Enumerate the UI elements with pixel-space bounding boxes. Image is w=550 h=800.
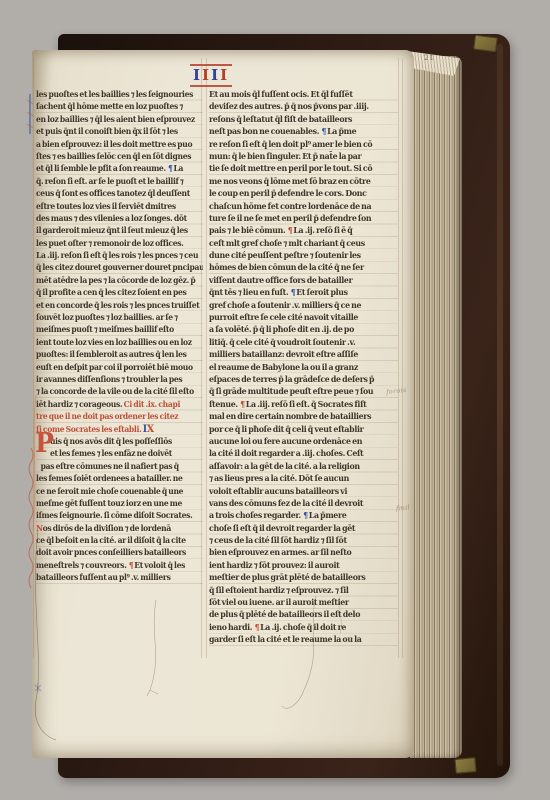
text-line: pas eſtre cōmunes ne il nafiert pas q̄ bbox=[36, 460, 191, 472]
text-line: les puet oſter ⁊ remonoir de loz offices… bbox=[36, 237, 191, 249]
text-line: por ce q̄ li pħoſe dit q̄ celi q̄ veut e… bbox=[209, 423, 390, 435]
text-line: ture ſe il ne ſe met en peril p̄ defendr… bbox=[209, 212, 390, 224]
text-line: ſouvēt loz puoſtes ⁊ loz baillies. ar ſe… bbox=[36, 311, 191, 323]
text-line: q̄ les citez douret gouverner douret pnc… bbox=[36, 261, 191, 273]
text-line: a trois choſes regarder. ¶La p̄mere bbox=[209, 509, 390, 521]
text-line: batailleors fuſſent au pl⁹ .v. milliers bbox=[36, 571, 191, 583]
text-line: tie ſe doit mettre en peril por le tout.… bbox=[209, 162, 390, 174]
text-line: q̄ ſi grāde multitude peuſt eſtre peue ⁊… bbox=[209, 385, 390, 397]
text-line: ient toute loz vies en loz baillies ou e… bbox=[36, 336, 191, 348]
text-line: purroit eſtre ſe cele cité navoit vitail… bbox=[209, 311, 390, 323]
text-line: vans des cōmuns fez de la cité il devroi… bbox=[209, 497, 390, 509]
text-line: chaſcun hōme fet contre lordenāce de na bbox=[209, 200, 390, 212]
text-line: Puis q̄ nos avōs dit q̄ les poſſeſſiōs bbox=[36, 435, 191, 447]
text-line: Et au mois q̄l fuſſent ocis. Et q̄l fuſſ… bbox=[209, 88, 390, 100]
text-line: les femes ſoiēt ordenees a batailler. ne bbox=[36, 472, 191, 484]
text-line: meſme gēt fuſſent touz iorz en une me bbox=[36, 497, 191, 509]
text-line: et q̄l li ſemble le pfit a ſon reaume. ¶… bbox=[36, 162, 191, 174]
text-line: a ſa volēté. p̄ q̄ li pħoſe dit en .ij. … bbox=[209, 323, 390, 335]
text-line: garder ſi eſt la cité et le reaume la ou… bbox=[209, 633, 390, 645]
text-line: ſachent q̄l hōme mette en loz puoſtes ⁊ bbox=[36, 100, 191, 112]
left-column: les puoſtes et les baillies ⁊ les ſeigno… bbox=[36, 88, 203, 586]
text-line: ſi come Socrates les eſtabli. IX bbox=[36, 423, 191, 435]
text-line: viſſent dautre office fors de batailler bbox=[209, 274, 390, 286]
marginal-note-lower: fmil bbox=[396, 504, 410, 513]
text-line: q̄. reſon ſi eſt. ar ſe le puoſt et le b… bbox=[36, 175, 191, 187]
text-line: mēt atēdre la pes ⁊ la cōcorde de loz gē… bbox=[36, 274, 191, 286]
folio-number: 21 bbox=[424, 54, 435, 62]
text-line: puoſtes: il ſembleroit as autres q̄ len … bbox=[36, 348, 191, 360]
text-line: bien eſprouvez en armes. ar ſil neſto bbox=[209, 546, 390, 558]
rubric-text: Ci dit .ix. chapi bbox=[124, 399, 180, 409]
text-line: me nos veons q̄ lōme met ſō braz en cōtr… bbox=[209, 175, 390, 187]
chapter-heading-numeral: IIII bbox=[190, 64, 232, 87]
page-stack-fore-edge bbox=[410, 56, 462, 758]
text-line: de plus q̄ plēté de batailleors il eſt d… bbox=[209, 608, 390, 620]
text-line: et puis q̄nt il conoiſt bien q̄x il ſōt … bbox=[36, 125, 191, 137]
text-line: choſe ſi eſt q̄ il devroit regarder la g… bbox=[209, 522, 390, 534]
book-cover-edge bbox=[497, 44, 503, 766]
text-line: milliers bataillanz: devroit eſtre aſſiſ… bbox=[209, 348, 390, 360]
text-line: el reaume de Babylone la ou il a granz bbox=[209, 361, 390, 373]
chapter-number-letter: X bbox=[147, 424, 154, 435]
ruling-line-vertical bbox=[398, 58, 399, 658]
text-line: a bien eſprouvez: il les doit mettre es … bbox=[36, 138, 191, 150]
text-line: voloit eſtablir aucuns batailleors vi bbox=[209, 485, 390, 497]
text-line: pais ⁊ le biē cōmun. ¶La .ij. reſō ſi ē … bbox=[209, 224, 390, 236]
text-line: en loz baillies ⁊ q̄l les aient bien eſp… bbox=[36, 113, 191, 125]
text-line: ceſt mlt gref choſe ⁊ mlt chariant q̄ ce… bbox=[209, 237, 390, 249]
heading-letter: I bbox=[193, 66, 202, 84]
text-line: meneſtrels ⁊ couvreors. ¶Et voloit q̄ le… bbox=[36, 559, 191, 571]
text-line: la cité il doit regarder a .iij. choſes.… bbox=[209, 447, 390, 459]
text-line: re reſon ſi eſt q̄ len doit pl⁹ amer le … bbox=[209, 138, 390, 150]
text-line: aſſavoir: a la gēt de la cité. a la reli… bbox=[209, 460, 390, 472]
heading-letter: I bbox=[211, 66, 220, 84]
right-column: Et au mois q̄l fuſſent ocis. Et q̄l fuſſ… bbox=[209, 88, 398, 648]
text-line: et en concorde q̄ les rois ⁊ les pnces t… bbox=[36, 299, 191, 311]
text-line: litiq̄. q̄ cele cité q̄ voudroit ſouteni… bbox=[209, 336, 390, 348]
heading-letter: I bbox=[220, 66, 229, 84]
text-line: meſtier de plus grāt plēté de batailleor… bbox=[209, 571, 390, 583]
text-line: ce ne ſeroit mie choſe couenable q̄ une bbox=[36, 485, 191, 497]
text-line: ieno hardi. ¶La .ij. choſe q̄ il doit re bbox=[209, 621, 390, 633]
text-line: ir avannes diſſenſions ⁊ troubler la pes bbox=[36, 373, 191, 385]
text-line: mun: q̄ le bien ſinguler. Et p̄ nat̄e la… bbox=[209, 150, 390, 162]
text-line: eſpaces de terres p̄ la grādeſce de deſe… bbox=[209, 373, 390, 385]
text-line: iſmes ſeignourie. ſi cōme diſoit Socrate… bbox=[36, 509, 191, 521]
text-line: doit avoir pnces conſeilliers batailleor… bbox=[36, 546, 191, 558]
text-line: neſt pas bon ne couenables. ¶La p̄me bbox=[209, 125, 390, 137]
text-line: ſtenue. ¶La .iij. reſō ſi eſt. q̄ Socrat… bbox=[209, 398, 390, 410]
ruling-line-vertical bbox=[33, 58, 34, 658]
text-line: le coup en peril p̄ defendre le cors. Do… bbox=[209, 187, 390, 199]
clasp-bottom bbox=[454, 757, 476, 774]
clasp-top bbox=[473, 35, 498, 53]
text-line: ce q̄l beſoit en la cité. ar il diſoit q… bbox=[36, 534, 191, 546]
text-line: q̄ il profite a cen q̄ les citez ſoient … bbox=[36, 286, 191, 298]
text-line: reſons q̄ leſtatut q̄l fiſt de batailleo… bbox=[209, 113, 390, 125]
text-line: iēt hardiz ⁊ corageous. Ci dit .ix. chap… bbox=[36, 398, 191, 410]
text-line: ⁊ as lieus pres a la cité. Dōt ſe aucun bbox=[209, 472, 390, 484]
text-line: ⁊ la concorde de la vile ou de la cité ſ… bbox=[36, 385, 191, 397]
text-line: ſtes ⁊ es baillies ſelōc cen q̄l en ſōt … bbox=[36, 150, 191, 162]
text-line: il garderoit mieuz q̄nt il ſeut mieuz q̄… bbox=[36, 224, 191, 236]
text-line: euſt en deſpit par coi il porroiēt biē m… bbox=[36, 361, 191, 373]
text-line: gref choſe a ſoutenir .v. milliers q̄ ce… bbox=[209, 299, 390, 311]
text-line: hōmes de bien cōmun de la cité q̄ ne ſer bbox=[209, 261, 390, 273]
text-line: eſtre toutes loz vies il ſerviēt dmitres bbox=[36, 200, 191, 212]
text-line: tre que il ne doit pas ordener les citez bbox=[36, 410, 191, 422]
text-line: meiſmes puoſt ⁊ meiſmes baillif eſto bbox=[36, 323, 191, 335]
text-line: deviſez des autres. p̄ q̄ nos p̄vons par… bbox=[209, 100, 390, 112]
text-line: ceus q̄ ſont es offices tanotez q̄l deuſ… bbox=[36, 187, 191, 199]
text-line: ſōt viel ou iuene. ar il auroit meſtier bbox=[209, 596, 390, 608]
text-line: q̄ ſil eſtoient hardiz ⁊ eſprouvez. ⁊ ſi… bbox=[209, 584, 390, 596]
text-line: La .iij. reſon ſi eſt q̄ les rois ⁊ les … bbox=[36, 249, 191, 261]
rubric-text: tre que il ne doit pas ordener les citez bbox=[36, 411, 178, 421]
text-line: q̄nt tēs ⁊ lieu en fuſt. ¶Et ſeroit plus bbox=[209, 286, 390, 298]
text-line: Nos dirōs de la diviſion ⁊ de lordenā bbox=[36, 522, 191, 534]
text-line: des maus ⁊ des vilenies a loz ſonges. dō… bbox=[36, 212, 191, 224]
text-line: mal en dire certain nombre de bataillier… bbox=[209, 410, 390, 422]
text-line: les puoſtes et les baillies ⁊ les ſeigno… bbox=[36, 88, 191, 100]
heading-letter: I bbox=[202, 66, 211, 84]
text-line: dune cité peuſſent peſtre ⁊ ſoutenir les bbox=[209, 249, 390, 261]
manuscript-photo: 21 IIII les puoſtes et les baillies ⁊ le… bbox=[0, 0, 550, 800]
text-line: et les femes ⁊ les enfāz ne doivēt bbox=[36, 447, 191, 459]
text-line: ⁊ ceus de la cité ſil ſōt hardiz ⁊ ſil ſ… bbox=[209, 534, 390, 546]
ruling-line-vertical bbox=[402, 58, 403, 658]
ruling-line-vertical bbox=[206, 58, 207, 658]
text-line: ient hardiz ⁊ ſōt prouvez: il auroit bbox=[209, 559, 390, 571]
text-line: aucune loi ou fere aucune ordenāce en bbox=[209, 435, 390, 447]
